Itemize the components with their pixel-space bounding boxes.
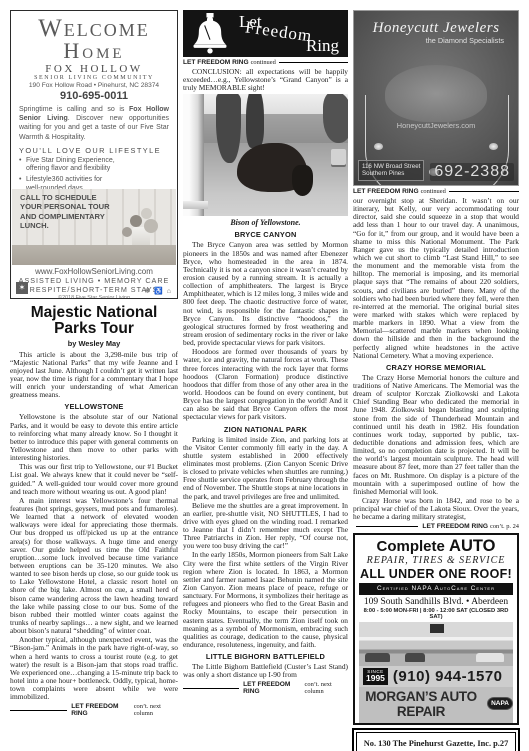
auto-ad-line1: Complete AUTO [359,538,513,555]
footer-rule [356,526,418,527]
bison-photo [183,94,348,216]
complete-word: Complete [377,538,450,555]
article-title: Majestic National Parks Tour [10,305,178,337]
welcome-home-title: Welcome Home [19,18,169,60]
flower-shape [130,215,142,227]
continued-label-bold: LET FREEDOM RING [183,59,249,66]
photo-car [405,653,425,662]
auto-ad-address: 109 South Sandhills Blvd. • Aberdeen [359,597,513,607]
paragraph: Yellowstone is the absolute star of our … [10,413,178,462]
services-line1: ASSISTED LIVING • MEMORY CARE [11,276,177,285]
middle-column: Let Freedom Ring LET FREEDOM RING contin… [183,10,348,695]
shop-building-photo [359,622,513,666]
newspaper-page: Welcome Home Fox Hollow Senior Living Co… [0,0,529,751]
paragraph: Crazy Horse was born in 1842, and rose t… [353,497,519,521]
ad-footer: www.FoxHollowSeniorLiving.com ASSISTED L… [11,265,177,298]
masthead-word-ring: Ring [306,36,339,56]
photo-tree [246,94,264,148]
section-heading-zion: ZION NATIONAL PARK [183,425,348,434]
footer-label-rest: con’t. next column [134,703,178,717]
auto-ad-phone: (910) 944-1570 [393,668,503,685]
footer-label-rest: con’t. next column [305,681,348,695]
continuation-footer: LET FREEDOM RING con’t. p. 24 [353,523,519,530]
napa-logo: NAPA [487,697,513,710]
continued-label-rest: continued [251,59,276,66]
liberty-bell-icon [192,13,228,54]
auto-ad-hours: 8:00 - 5:00 MON-FRI | 8:00 - 12:00 SAT (… [359,608,513,620]
morgans-auto-ad: Complete AUTO REPAIR, TIRES & SERVICE AL… [353,533,519,725]
continuation-footer: LET FREEDOM RING con’t. next column [183,681,348,695]
amenity-icons: ❋ ♿ ⌂ [144,287,172,295]
flower-shape [141,208,152,219]
photo-car [365,653,390,662]
photo-sign [430,624,444,633]
flower-shape [122,227,132,237]
right-column: Honeycutt Jewelers the Diamond Specialis… [353,10,519,751]
copyright-line: ©2018 Five Star Senior Living [11,295,177,299]
paragraph: In the early 1850s, Mormon pioneers from… [183,551,348,649]
jewelers-ad-bottom: 116 NW Broad Street Southern Pines 692-2… [358,160,514,182]
section-heading-bighorn: LITTLE BIGHORN BATTLEFIELD [183,652,348,661]
photo-vehicle [331,149,346,165]
auto-word: AUTO [449,537,495,555]
auto-ad-line3: ALL UNDER ONE ROOF! [359,567,513,581]
phone-row: SINCE 1995 (910) 944-1570 [359,666,513,687]
jewelers-phone: 692-2388 [430,163,514,181]
continuation-footer: LET FREEDOM RING con’t. next column [10,703,178,717]
ad-intro: Springtime is calling and so is Fox Holl… [19,105,169,141]
since-year: 1995 [366,674,385,683]
paragraph: our overnight stop at Sheridan. It wasn’… [353,197,519,360]
jewelers-address-line1: 116 NW Broad Street [362,163,420,171]
let-freedom-ring-masthead: Let Freedom Ring [183,10,348,57]
photo-tree [216,94,241,162]
paragraph: The Crazy Horse Memorial honors the cult… [353,374,519,496]
label-rule [279,62,348,63]
since-badge: SINCE 1995 [363,668,388,685]
photo-caption: Bison of Yellowstone. [183,218,348,227]
photo-car [476,653,504,662]
paragraph: Hoodoos are formed over thousands of yea… [183,348,348,421]
pearl-shape [374,143,383,150]
intro-text: Springtime is calling and so is [19,106,129,113]
five-star-logo: ✶ [16,282,28,294]
jewelers-tagline: the Diamond Specialists [354,36,518,45]
paragraph: This was our first trip to Yellowstone, … [10,463,178,496]
footer-label-bold: LET FREEDOM RING [243,681,302,695]
footer-label-bold: LET FREEDOM RING [422,523,488,530]
footer-label-rest: con’t. p. 24 [490,523,519,530]
fox-hollow-ad: Welcome Home Fox Hollow Senior Living Co… [10,10,178,299]
jewelers-address-line2: Southern Pines [362,170,420,178]
photo-bison-head [292,165,313,196]
jewelers-website: HoneycuttJewelers.com [354,121,518,130]
ad-website: www.FoxHollowSeniorLiving.com [11,267,177,276]
napa-cert-bar: Certified NAPA AutoCare Center [359,583,513,595]
masthead-word-freedom: Freedom [244,17,314,46]
paragraph: A main interest was Yellowstone’s four t… [10,497,178,635]
paragraph: The Little Bighorn Battlefield (Custer’s… [183,663,348,679]
majestic-parks-article: Majestic National Parks Tour by Wesley M… [10,305,178,717]
photo-tree [323,94,348,143]
lifestyle-heading: YOU’LL LOVE OUR LIFESTYLE [19,146,169,155]
paragraph: This article is about the 3,298-mile bus… [10,351,178,400]
jewelers-address: 116 NW Broad Street Southern Pines [358,160,424,182]
paragraph: The Bryce Canyon area was settled by Mor… [183,241,348,347]
section-heading-crazy-horse: CRAZY HORSE MEMORIAL [353,363,519,372]
paragraph: Believe me the shuttles are a great impr… [183,502,348,551]
bullet-item: Five Star Dining Experience, offering fl… [19,157,116,175]
continued-label: LET FREEDOM RING continued [353,188,519,195]
fox-hollow-brand-sub: Senior Living Community [19,75,169,81]
ad-address: 190 Fox Hollow Road • Pinehurst, NC 2837… [19,82,169,89]
auto-ad-line2: REPAIR, TIRES & SERVICE [359,555,513,566]
shop-name-row: MORGAN’S AUTO REPAIR NAPA [359,687,513,723]
flower-shape [144,219,158,233]
continued-label: LET FREEDOM RING continued [183,59,348,66]
footer-label-bold: LET FREEDOM RING [71,703,132,717]
section-heading-bryce: BRYCE CANYON [183,230,348,239]
jewelers-name: Honeycutt Jewelers [354,11,518,37]
left-column: Welcome Home Fox Hollow Senior Living Co… [10,10,178,717]
call-to-action: CALL TO SCHEDULE YOUR PERSONAL TOUR AND … [20,193,115,231]
paragraph: CONCLUSION: all expectations will be hap… [183,68,348,92]
paragraph: Another typical, although unexpected eve… [10,636,178,701]
label-rule [449,191,519,192]
continued-label-rest: continued [421,188,446,195]
gazette-footer-box: No. 130 The Pinehurst Gazette, Inc. p.27 [356,732,516,751]
footer-rule [10,710,67,711]
footer-rule [183,688,239,689]
photo-porch-column [183,94,204,216]
ad-phone: 910-695-0011 [19,90,169,102]
home-word: Home [19,41,169,61]
shop-name: MORGAN’S AUTO REPAIR [359,689,483,719]
fox-hollow-brand: Fox Hollow [19,63,169,75]
continued-label-bold: LET FREEDOM RING [353,188,419,195]
article-byline: by Wesley May [10,339,178,348]
paragraph: Parking is limited inside Zion, and park… [183,436,348,501]
honeycutt-jewelers-ad: Honeycutt Jewelers the Diamond Specialis… [353,10,519,186]
section-heading-yellowstone: YELLOWSTONE [10,402,178,411]
